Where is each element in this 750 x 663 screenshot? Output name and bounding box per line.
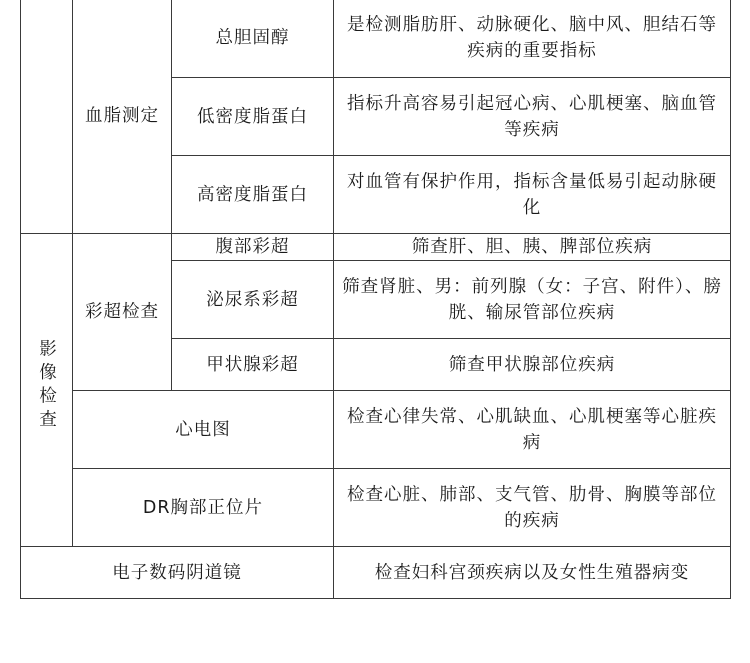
group-cell-empty [21,0,73,234]
table-row: DR胸部正位片 检查心脏、肺部、支气管、肋骨、胸膜等部位的疾病 [21,469,731,547]
table-row: 血脂测定 总胆固醇 是检测脂肪肝、动脉硬化、脑中风、胆结石等疾病的重要指标 [21,0,731,78]
item-name-cell: 泌尿系彩超 [172,261,334,339]
item-description-cell: 筛查肝、胆、胰、脾部位疾病 [334,234,731,261]
item-description-cell: 检查妇科宫颈疾病以及女性生殖器病变 [334,547,731,599]
item-description-cell: 检查心脏、肺部、支气管、肋骨、胸膜等部位的疾病 [334,469,731,547]
item-name-cell: 甲状腺彩超 [172,339,334,391]
table-row: 电子数码阴道镜 检查妇科宫颈疾病以及女性生殖器病变 [21,547,731,599]
group-cell: 影像检查 [21,234,73,547]
item-description-cell: 对血管有保护作用，指标含量低易引起动脉硬化 [334,156,731,234]
item-description-cell: 指标升高容易引起冠心病、心肌梗塞、脑血管等疾病 [334,78,731,156]
item-description-cell: 筛查甲状腺部位疾病 [334,339,731,391]
item-name-cell: 电子数码阴道镜 [21,547,334,599]
item-name-cell: 心电图 [73,391,334,469]
item-name-cell: DR胸部正位片 [73,469,334,547]
item-description-cell: 是检测脂肪肝、动脉硬化、脑中风、胆结石等疾病的重要指标 [334,0,731,78]
item-name-cell: 低密度脂蛋白 [172,78,334,156]
table-row: 影像检查 彩超检查 腹部彩超 筛查肝、胆、胰、脾部位疾病 [21,234,731,261]
item-name-cell: 腹部彩超 [172,234,334,261]
item-name-cell: 高密度脂蛋白 [172,156,334,234]
category-cell: 彩超检查 [73,234,172,391]
exam-items-table: 血脂测定 总胆固醇 是检测脂肪肝、动脉硬化、脑中风、胆结石等疾病的重要指标 低密… [20,0,731,599]
group-label: 影像检查 [34,339,60,433]
item-description-cell: 筛查肾脏、男：前列腺（女：子宫、附件）、膀胱、输尿管部位疾病 [334,261,731,339]
item-description-cell: 检查心律失常、心肌缺血、心肌梗塞等心脏疾病 [334,391,731,469]
item-name-cell: 总胆固醇 [172,0,334,78]
category-cell: 血脂测定 [73,0,172,234]
table-row: 心电图 检查心律失常、心肌缺血、心肌梗塞等心脏疾病 [21,391,731,469]
